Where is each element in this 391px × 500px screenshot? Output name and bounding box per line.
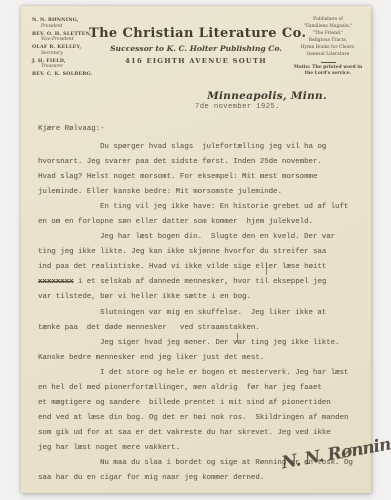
letter-line: Hvad slag? Helst noget morsomt. For ekse… <box>38 170 370 185</box>
motto-text: Motto: The printed word in the Lord's se… <box>291 65 365 78</box>
publisher-item: Hymn Books for Choirs, <box>291 45 365 52</box>
letter-line: en om en forlopne søn eller datter som k… <box>38 215 370 230</box>
publisher-item: "The Friend," <box>291 31 365 38</box>
stray-ink-mark <box>237 333 238 343</box>
letter-line: En ting vil jeg ikke have: En historie g… <box>38 200 370 215</box>
publisher-item: Religious Tracts, <box>291 38 365 45</box>
publishers-block: Publishers of "Familiens Magasin,""The F… <box>291 17 365 78</box>
officer-title: Treasurer <box>32 64 116 69</box>
officer-name: REV. C. K. SOLBERG. <box>32 72 116 78</box>
city-line: Minneapolis, Minn. <box>181 90 353 102</box>
successor-line: Successor to K. C. Holter Publishing Co. <box>89 44 303 53</box>
letter-line: Jeg har læst bogen din. Slugte den en kv… <box>38 230 370 245</box>
letter-line: en hel del med pionerfortællinger, men a… <box>38 381 370 396</box>
divider-rule <box>321 62 336 63</box>
dateline: Minneapolis, Minn. 7de november 1925. <box>181 90 353 111</box>
typed-date: 7de november 1925. <box>181 103 353 111</box>
letter-line: var tilstede, bør vi heller ikke sætte i… <box>38 290 370 305</box>
salutation: Kjære Rølvaag:- <box>38 122 370 137</box>
publisher-item: "Familiens Magasin," <box>291 24 365 31</box>
letter-line: hvorsnart. Jeg svarer paa det sidste før… <box>38 155 370 170</box>
scan-background: N. N. RØNNING,PresidentREV. O. H. SLETTE… <box>0 0 391 500</box>
letter-line: saa har du en cigar for mig naar jeg kom… <box>38 471 370 486</box>
letter-line: Du spørger hvad slags julefortælling jeg… <box>38 140 370 155</box>
letter-line: et mægtigere og sandere billede prentet … <box>38 396 370 411</box>
letter-line: Jeg siger hvad jeg mener. Der var ting j… <box>38 336 370 351</box>
officer-entry: REV. C. K. SOLBERG. <box>32 72 116 78</box>
letter-paper: N. N. RØNNING,PresidentREV. O. H. SLETTE… <box>21 6 371 493</box>
letter-body-block: Kjære Rølvaag:- Du spørger hvad slags ju… <box>38 122 370 486</box>
letter-line: som gik ud for at saa er det vakreste du… <box>38 426 370 441</box>
street-address: 416 EIGHTH AVENUE SOUTH <box>89 57 303 65</box>
letter-body: Du spørger hvad slags julefortælling jeg… <box>38 140 370 486</box>
company-name: The Christian Literature Co. <box>89 26 303 41</box>
letterhead-center: The Christian Literature Co. Successor t… <box>89 26 303 65</box>
letter-line: Slutningen var mig en skuffelse. Jeg lik… <box>38 306 370 321</box>
struck-out-word: xxxxxxxx <box>38 278 73 286</box>
publishers-heading: Publishers of <box>291 17 365 24</box>
letter-line: ind paa det realistiske. Hvad vi ikke vi… <box>38 260 370 275</box>
letter-line: Kanske bedre mennesker end jeg liker jus… <box>38 351 370 366</box>
stray-ink-mark <box>266 263 267 275</box>
publisher-item: General Literature <box>291 52 365 59</box>
publishers-items: "Familiens Magasin,""The Friend,"Religio… <box>291 24 365 59</box>
letter-line: ting jeg ikke likte. Jeg kan ikke skjønn… <box>38 245 370 260</box>
letter-line: end ved at læse din bog. Og det er høi n… <box>38 411 370 426</box>
letter-line: xxxxxxxx i et selskab af dannede mennesk… <box>38 275 370 290</box>
letter-line: tænke paa det døde mennesker ved straams… <box>38 321 370 336</box>
letter-line: I det store og hele er bogen et mesterve… <box>38 366 370 381</box>
letter-line: juleminde. Eller kanske bedre: Mit morso… <box>38 185 370 200</box>
